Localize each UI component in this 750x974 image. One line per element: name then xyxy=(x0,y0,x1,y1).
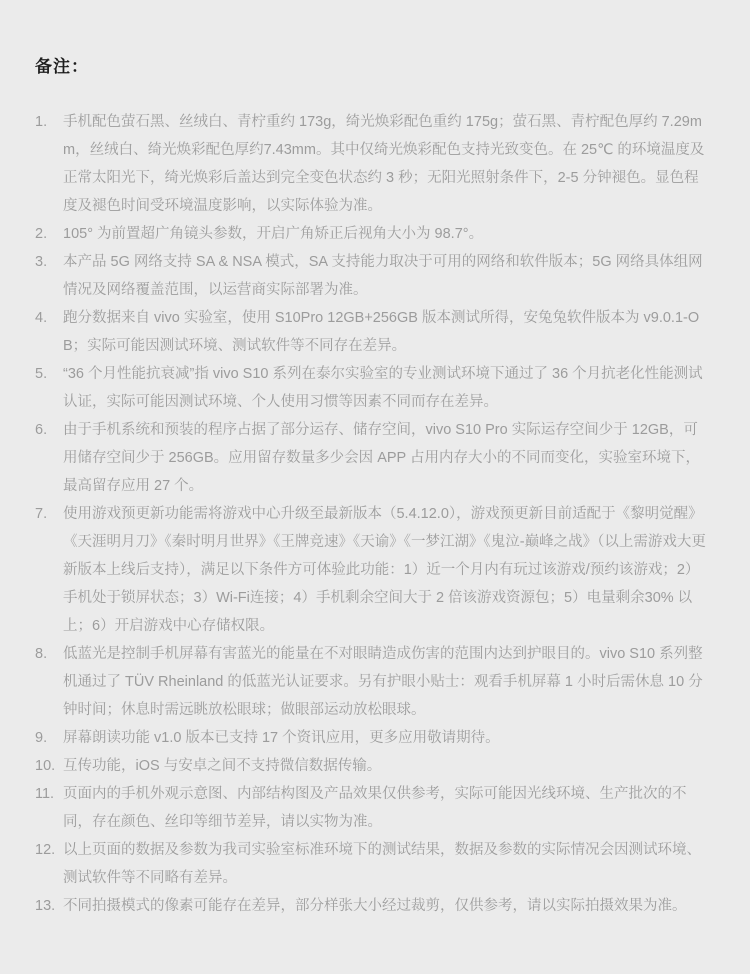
note-number: 4. xyxy=(35,304,63,332)
page-title: 备注： xyxy=(35,52,712,77)
note-number: 8. xyxy=(35,640,63,668)
note-text: 由于手机系统和预装的程序占据了部分运存、储存空间，vivo S10 Pro 实际… xyxy=(63,416,712,500)
notes-list: 1. 手机配色萤石黑、丝绒白、青柠重约 173g，绮光焕彩配色重约 175g；萤… xyxy=(35,108,712,920)
note-item: 9. 屏幕朗读功能 v1.0 版本已支持 17 个资讯应用，更多应用敬请期待。 xyxy=(35,724,712,752)
note-item: 6. 由于手机系统和预装的程序占据了部分运存、储存空间，vivo S10 Pro… xyxy=(35,416,712,500)
note-text: 不同拍摄模式的像素可能存在差异，部分样张大小经过裁剪，仅供参考，请以实际拍摄效果… xyxy=(63,892,712,920)
note-text: 页面内的手机外观示意图、内部结构图及产品效果仅供参考，实际可能因光线环境、生产批… xyxy=(63,780,712,836)
note-text: 低蓝光是控制手机屏幕有害蓝光的能量在不对眼睛造成伤害的范围内达到护眼目的。viv… xyxy=(63,640,712,724)
note-text: 105° 为前置超广角镜头参数，开启广角矫正后视角大小为 98.7°。 xyxy=(63,220,712,248)
note-text: “36 个月性能抗衰减”指 vivo S10 系列在泰尔实验室的专业测试环境下通… xyxy=(63,360,712,416)
note-item: 1. 手机配色萤石黑、丝绒白、青柠重约 173g，绮光焕彩配色重约 175g；萤… xyxy=(35,108,712,220)
note-item: 12. 以上页面的数据及参数为我司实验室标准环境下的测试结果，数据及参数的实际情… xyxy=(35,836,712,892)
note-item: 7. 使用游戏预更新功能需将游戏中心升级至最新版本（5.4.12.0），游戏预更… xyxy=(35,500,712,640)
note-item: 11. 页面内的手机外观示意图、内部结构图及产品效果仅供参考，实际可能因光线环境… xyxy=(35,780,712,836)
note-number: 7. xyxy=(35,500,63,528)
note-text: 以上页面的数据及参数为我司实验室标准环境下的测试结果，数据及参数的实际情况会因测… xyxy=(63,836,712,892)
note-item: 2. 105° 为前置超广角镜头参数，开启广角矫正后视角大小为 98.7°。 xyxy=(35,220,712,248)
note-text: 屏幕朗读功能 v1.0 版本已支持 17 个资讯应用，更多应用敬请期待。 xyxy=(63,724,712,752)
note-number: 5. xyxy=(35,360,63,388)
note-number: 2. xyxy=(35,220,63,248)
note-number: 10. xyxy=(35,752,63,780)
note-number: 9. xyxy=(35,724,63,752)
note-number: 1. xyxy=(35,108,63,136)
note-number: 12. xyxy=(35,836,63,864)
note-text: 本产品 5G 网络支持 SA & NSA 模式，SA 支持能力取决于可用的网络和… xyxy=(63,248,712,304)
note-item: 10. 互传功能，iOS 与安卓之间不支持微信数据传输。 xyxy=(35,752,712,780)
note-number: 13. xyxy=(35,892,63,920)
note-item: 13. 不同拍摄模式的像素可能存在差异，部分样张大小经过裁剪，仅供参考，请以实际… xyxy=(35,892,712,920)
note-text: 手机配色萤石黑、丝绒白、青柠重约 173g，绮光焕彩配色重约 175g；萤石黑、… xyxy=(63,108,712,220)
note-text: 使用游戏预更新功能需将游戏中心升级至最新版本（5.4.12.0），游戏预更新目前… xyxy=(63,500,712,640)
note-number: 3. xyxy=(35,248,63,276)
note-item: 3. 本产品 5G 网络支持 SA & NSA 模式，SA 支持能力取决于可用的… xyxy=(35,248,712,304)
note-item: 5. “36 个月性能抗衰减”指 vivo S10 系列在泰尔实验室的专业测试环… xyxy=(35,360,712,416)
notes-page: 备注： 1. 手机配色萤石黑、丝绒白、青柠重约 173g，绮光焕彩配色重约 17… xyxy=(0,0,750,974)
note-text: 互传功能，iOS 与安卓之间不支持微信数据传输。 xyxy=(63,752,712,780)
note-text: 跑分数据来自 vivo 实验室，使用 S10Pro 12GB+256GB 版本测… xyxy=(63,304,712,360)
note-number: 6. xyxy=(35,416,63,444)
note-item: 4. 跑分数据来自 vivo 实验室，使用 S10Pro 12GB+256GB … xyxy=(35,304,712,360)
note-number: 11. xyxy=(35,780,63,808)
note-item: 8. 低蓝光是控制手机屏幕有害蓝光的能量在不对眼睛造成伤害的范围内达到护眼目的。… xyxy=(35,640,712,724)
